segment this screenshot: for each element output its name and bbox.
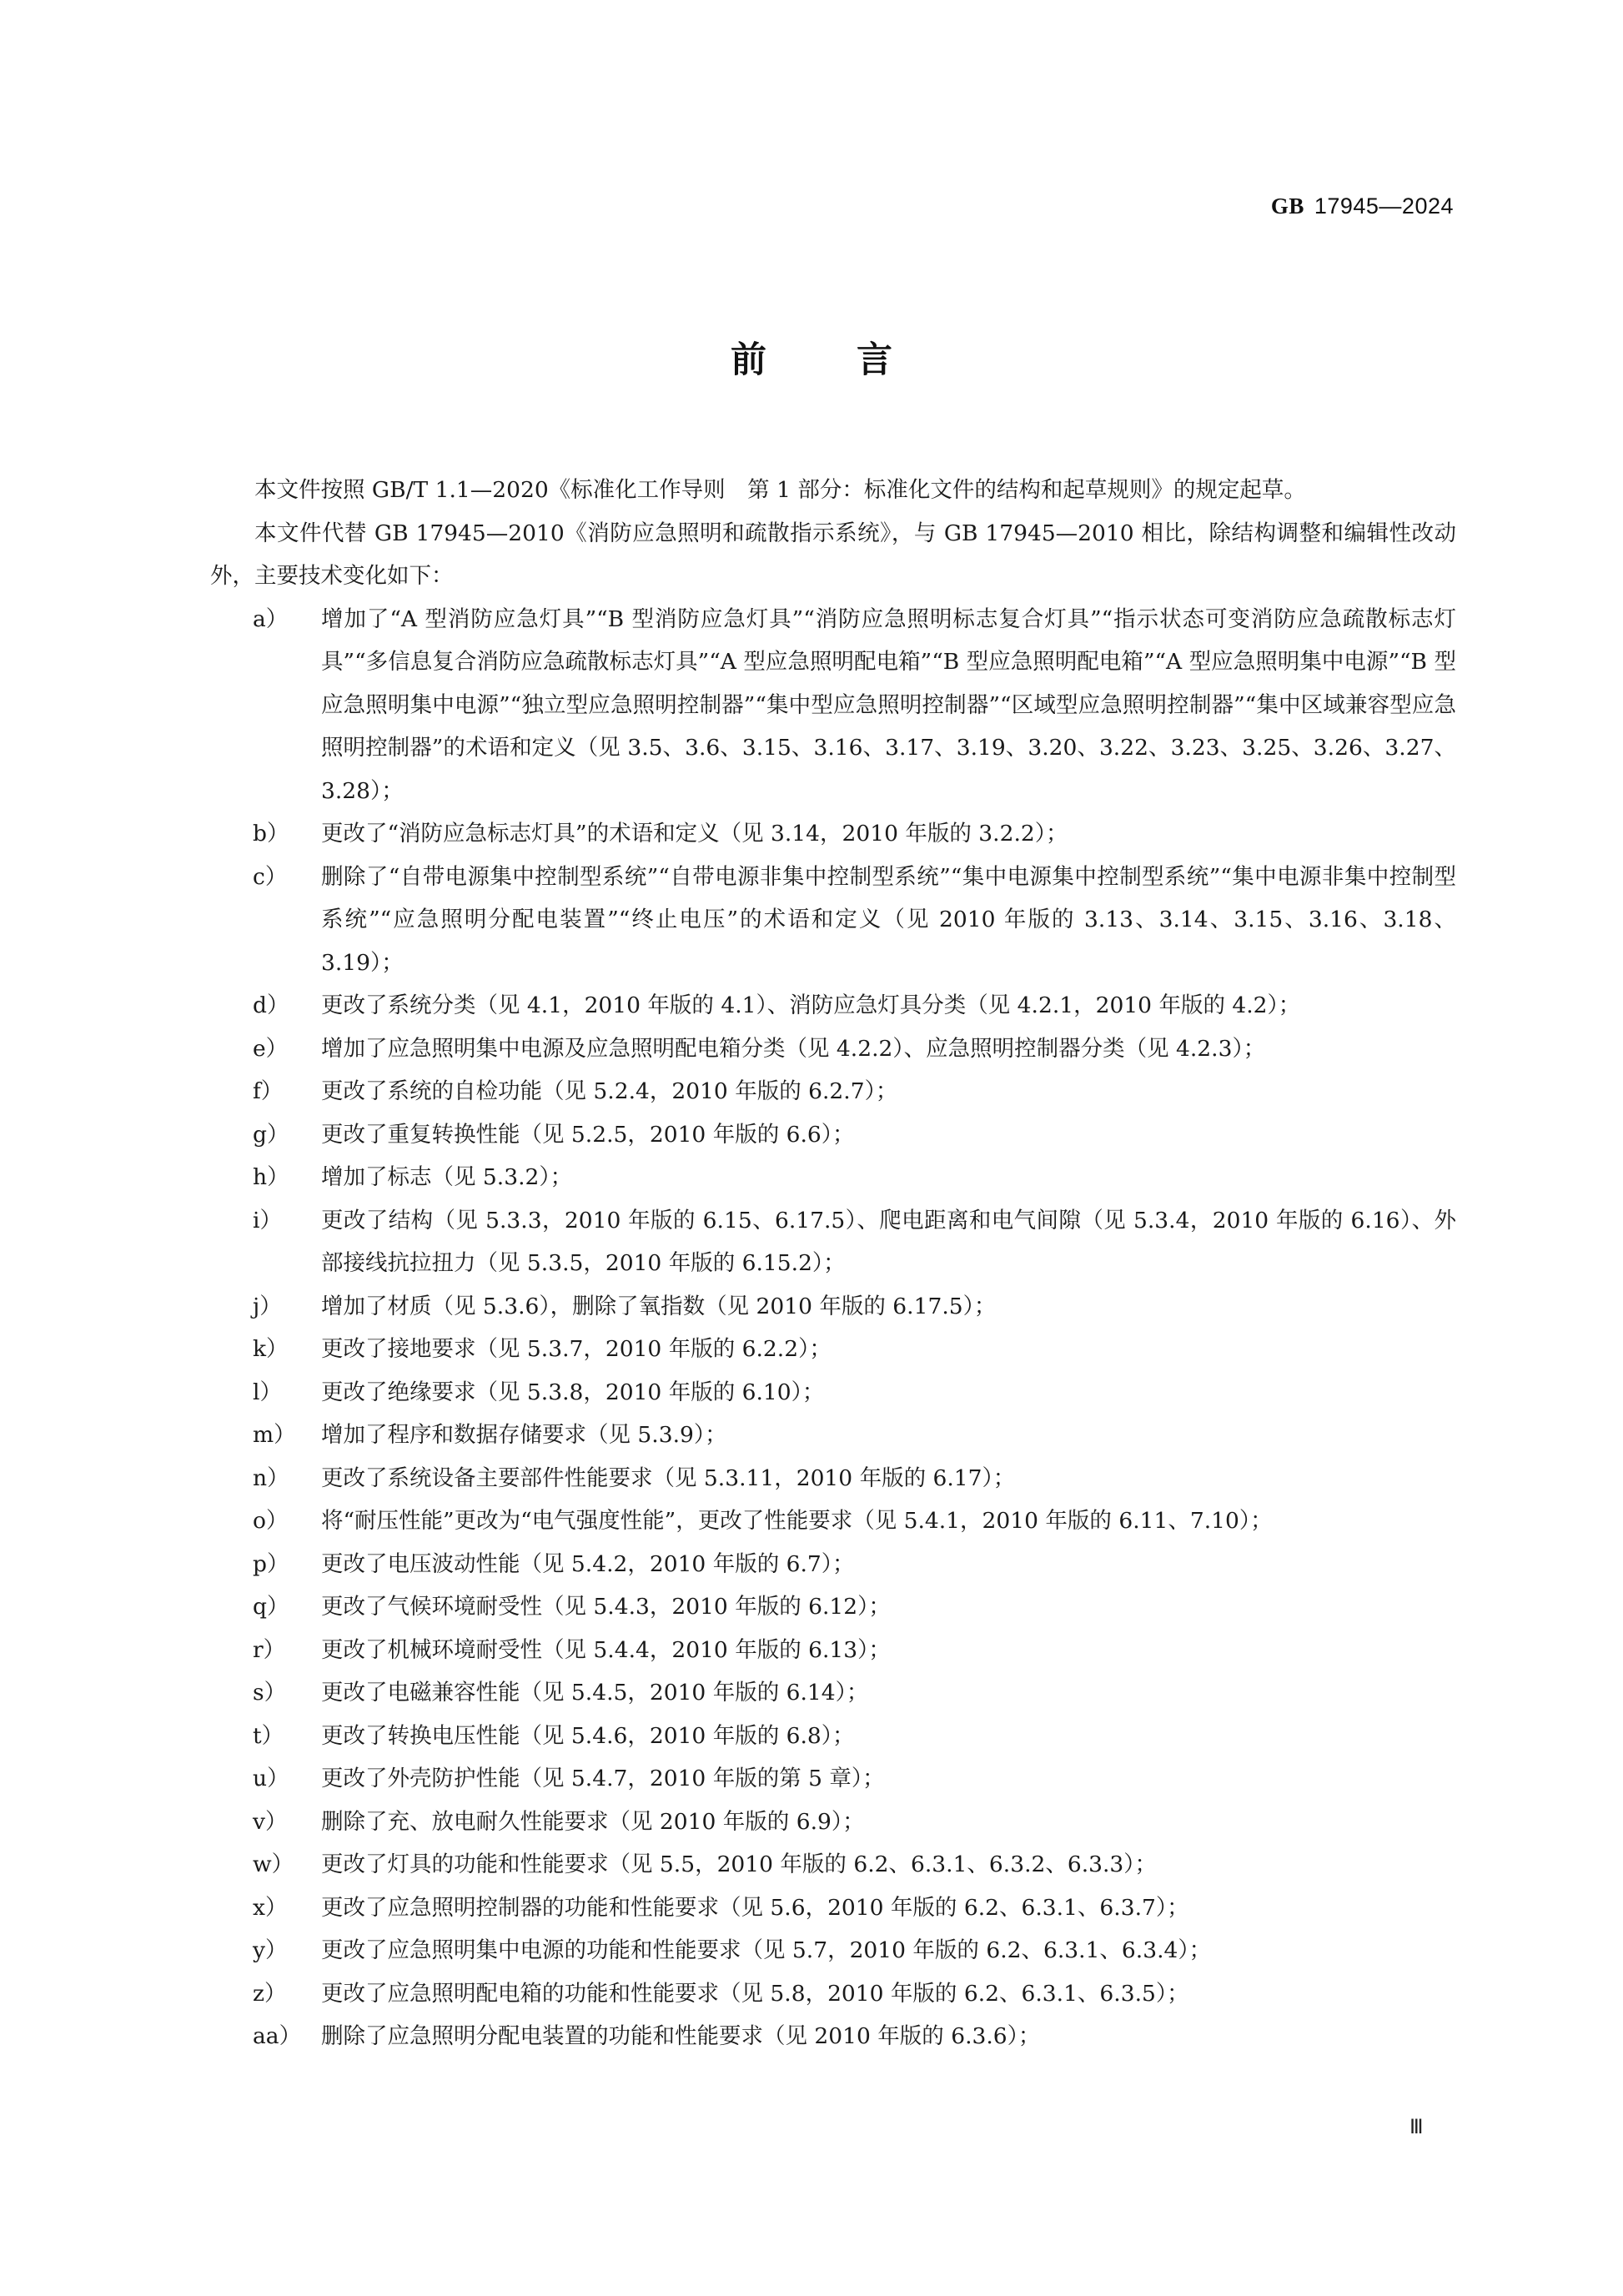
- list-item-label: q）: [210, 1585, 321, 1629]
- list-item-label: h）: [210, 1156, 321, 1199]
- list-item: aa）删除了应急照明分配电装置的功能和性能要求（见 2010 年版的 6.3.6…: [210, 2015, 1456, 2058]
- title-char-1: 前: [731, 332, 766, 383]
- list-item: o）将“耐压性能”更改为“电气强度性能”，更改了性能要求（见 5.4.1，201…: [210, 1500, 1456, 1543]
- list-item-text: 更改了系统分类（见 4.1，2010 年版的 4.1）、消防应急灯具分类（见 4…: [321, 984, 1456, 1027]
- list-item-label: g）: [210, 1113, 321, 1157]
- list-item-label: x）: [210, 1887, 321, 1930]
- page-number: Ⅲ: [1409, 2115, 1424, 2139]
- list-item-text: 更改了重复转换性能（见 5.2.5，2010 年版的 6.6）；: [321, 1113, 1456, 1157]
- list-item-text: 更改了应急照明集中电源的功能和性能要求（见 5.7，2010 年版的 6.2、6…: [321, 1929, 1456, 1972]
- list-item-text: 更改了绝缘要求（见 5.3.8，2010 年版的 6.10）；: [321, 1371, 1456, 1414]
- list-item-label: u）: [210, 1757, 321, 1801]
- list-item-text: 更改了系统的自检功能（见 5.2.4，2010 年版的 6.2.7）；: [321, 1070, 1456, 1113]
- list-item-text: 更改了灯具的功能和性能要求（见 5.5，2010 年版的 6.2、6.3.1、6…: [321, 1843, 1456, 1887]
- list-item-label: z）: [210, 1972, 321, 2016]
- list-item-text: 更改了气候环境耐受性（见 5.4.3，2010 年版的 6.12）；: [321, 1585, 1456, 1629]
- list-item: y）更改了应急照明集中电源的功能和性能要求（见 5.7，2010 年版的 6.2…: [210, 1929, 1456, 1972]
- list-item-text: 更改了系统设备主要部件性能要求（见 5.3.11，2010 年版的 6.17）；: [321, 1457, 1456, 1500]
- page-title: 前言: [0, 332, 1623, 383]
- list-item: f）更改了系统的自检功能（见 5.2.4，2010 年版的 6.2.7）；: [210, 1070, 1456, 1113]
- list-item: n）更改了系统设备主要部件性能要求（见 5.3.11，2010 年版的 6.17…: [210, 1457, 1456, 1500]
- list-item-label: m）: [210, 1414, 321, 1457]
- list-item: z）更改了应急照明配电箱的功能和性能要求（见 5.8，2010 年版的 6.2、…: [210, 1972, 1456, 2016]
- list-item-label: s）: [210, 1671, 321, 1715]
- list-item-label: aa）: [210, 2015, 321, 2058]
- list-item: b）更改了“消防应急标志灯具”的术语和定义（见 3.14，2010 年版的 3.…: [210, 812, 1456, 856]
- list-item: s）更改了电磁兼容性能（见 5.4.5，2010 年版的 6.14）；: [210, 1671, 1456, 1715]
- list-item-label: a）: [210, 598, 321, 813]
- list-item-text: 删除了应急照明分配电装置的功能和性能要求（见 2010 年版的 6.3.6）；: [321, 2015, 1456, 2058]
- list-item-text: 更改了结构（见 5.3.3，2010 年版的 6.15、6.17.5）、爬电距离…: [321, 1199, 1456, 1285]
- list-item-text: 将“耐压性能”更改为“电气强度性能”，更改了性能要求（见 5.4.1，2010 …: [321, 1500, 1456, 1543]
- foreword-body: 本文件按照 GB/T 1.1—2020《标准化工作导则 第 1 部分：标准化文件…: [210, 469, 1456, 2058]
- list-item-label: v）: [210, 1801, 321, 1844]
- list-item: a）增加了“A 型消防应急灯具”“B 型消防应急灯具”“消防应急照明标志复合灯具…: [210, 598, 1456, 813]
- list-item-label: r）: [210, 1629, 321, 1672]
- list-item-text: 更改了外壳防护性能（见 5.4.7，2010 年版的第 5 章）；: [321, 1757, 1456, 1801]
- list-item: q）更改了气候环境耐受性（见 5.4.3，2010 年版的 6.12）；: [210, 1585, 1456, 1629]
- list-item: i）更改了结构（见 5.3.3，2010 年版的 6.15、6.17.5）、爬电…: [210, 1199, 1456, 1285]
- list-item: w）更改了灯具的功能和性能要求（见 5.5，2010 年版的 6.2、6.3.1…: [210, 1843, 1456, 1887]
- list-item: j）增加了材质（见 5.3.6），删除了氧指数（见 2010 年版的 6.17.…: [210, 1285, 1456, 1329]
- list-item-text: 更改了应急照明配电箱的功能和性能要求（见 5.8，2010 年版的 6.2、6.…: [321, 1972, 1456, 2016]
- list-item-label: y）: [210, 1929, 321, 1972]
- standard-prefix: GB: [1271, 193, 1304, 219]
- list-item: r）更改了机械环境耐受性（见 5.4.4，2010 年版的 6.13）；: [210, 1629, 1456, 1672]
- list-item-label: k）: [210, 1328, 321, 1371]
- list-item-label: e）: [210, 1027, 321, 1071]
- list-item: e）增加了应急照明集中电源及应急照明配电箱分类（见 4.2.2）、应急照明控制器…: [210, 1027, 1456, 1071]
- list-item: u）更改了外壳防护性能（见 5.4.7，2010 年版的第 5 章）；: [210, 1757, 1456, 1801]
- paragraph-replacement: 本文件代替 GB 17945—2010《消防应急照明和疏散指示系统》，与 GB …: [210, 512, 1456, 598]
- list-item: p）更改了电压波动性能（见 5.4.2，2010 年版的 6.7）；: [210, 1543, 1456, 1586]
- list-item: h）增加了标志（见 5.3.2）；: [210, 1156, 1456, 1199]
- list-item-text: 更改了电压波动性能（见 5.4.2，2010 年版的 6.7）；: [321, 1543, 1456, 1586]
- list-item-label: d）: [210, 984, 321, 1027]
- list-item-text: 删除了充、放电耐久性能要求（见 2010 年版的 6.9）；: [321, 1801, 1456, 1844]
- title-char-2: 言: [857, 332, 892, 383]
- list-item: c）删除了“自带电源集中控制型系统”“自带电源非集中控制型系统”“集中电源集中控…: [210, 856, 1456, 985]
- list-item-text: 增加了“A 型消防应急灯具”“B 型消防应急灯具”“消防应急照明标志复合灯具”“…: [321, 598, 1456, 813]
- list-item-label: t）: [210, 1715, 321, 1758]
- technical-changes-list: a）增加了“A 型消防应急灯具”“B 型消防应急灯具”“消防应急照明标志复合灯具…: [210, 598, 1456, 2058]
- list-item-text: 更改了转换电压性能（见 5.4.6，2010 年版的 6.8）；: [321, 1715, 1456, 1758]
- list-item: d）更改了系统分类（见 4.1，2010 年版的 4.1）、消防应急灯具分类（见…: [210, 984, 1456, 1027]
- list-item: v）删除了充、放电耐久性能要求（见 2010 年版的 6.9）；: [210, 1801, 1456, 1844]
- list-item: g）更改了重复转换性能（见 5.2.5，2010 年版的 6.6）；: [210, 1113, 1456, 1157]
- paragraph-drafting-rules: 本文件按照 GB/T 1.1—2020《标准化工作导则 第 1 部分：标准化文件…: [210, 469, 1456, 512]
- list-item-label: w）: [210, 1843, 321, 1887]
- list-item: m）增加了程序和数据存储要求（见 5.3.9）；: [210, 1414, 1456, 1457]
- list-item-label: n）: [210, 1457, 321, 1500]
- list-item-label: f）: [210, 1070, 321, 1113]
- list-item-text: 增加了材质（见 5.3.6），删除了氧指数（见 2010 年版的 6.17.5）…: [321, 1285, 1456, 1329]
- list-item-text: 更改了机械环境耐受性（见 5.4.4，2010 年版的 6.13）；: [321, 1629, 1456, 1672]
- list-item: k）更改了接地要求（见 5.3.7，2010 年版的 6.2.2）；: [210, 1328, 1456, 1371]
- list-item-label: p）: [210, 1543, 321, 1586]
- list-item-label: j）: [210, 1285, 321, 1329]
- list-item: l）更改了绝缘要求（见 5.3.8，2010 年版的 6.10）；: [210, 1371, 1456, 1414]
- list-item-label: l）: [210, 1371, 321, 1414]
- standard-code: GB17945—2024: [1271, 193, 1454, 219]
- list-item-text: 更改了应急照明控制器的功能和性能要求（见 5.6，2010 年版的 6.2、6.…: [321, 1887, 1456, 1930]
- list-item-label: o）: [210, 1500, 321, 1543]
- list-item-text: 更改了电磁兼容性能（见 5.4.5，2010 年版的 6.14）；: [321, 1671, 1456, 1715]
- list-item-label: c）: [210, 856, 321, 985]
- list-item-text: 增加了标志（见 5.3.2）；: [321, 1156, 1456, 1199]
- list-item-text: 增加了应急照明集中电源及应急照明配电箱分类（见 4.2.2）、应急照明控制器分类…: [321, 1027, 1456, 1071]
- list-item-text: 更改了接地要求（见 5.3.7，2010 年版的 6.2.2）；: [321, 1328, 1456, 1371]
- list-item-text: 更改了“消防应急标志灯具”的术语和定义（见 3.14，2010 年版的 3.2.…: [321, 812, 1456, 856]
- standard-number: 17945—2024: [1314, 193, 1454, 219]
- list-item-label: i）: [210, 1199, 321, 1285]
- list-item: x）更改了应急照明控制器的功能和性能要求（见 5.6，2010 年版的 6.2、…: [210, 1887, 1456, 1930]
- list-item-text: 增加了程序和数据存储要求（见 5.3.9）；: [321, 1414, 1456, 1457]
- list-item-label: b）: [210, 812, 321, 856]
- list-item: t）更改了转换电压性能（见 5.4.6，2010 年版的 6.8）；: [210, 1715, 1456, 1758]
- list-item-text: 删除了“自带电源集中控制型系统”“自带电源非集中控制型系统”“集中电源集中控制型…: [321, 856, 1456, 985]
